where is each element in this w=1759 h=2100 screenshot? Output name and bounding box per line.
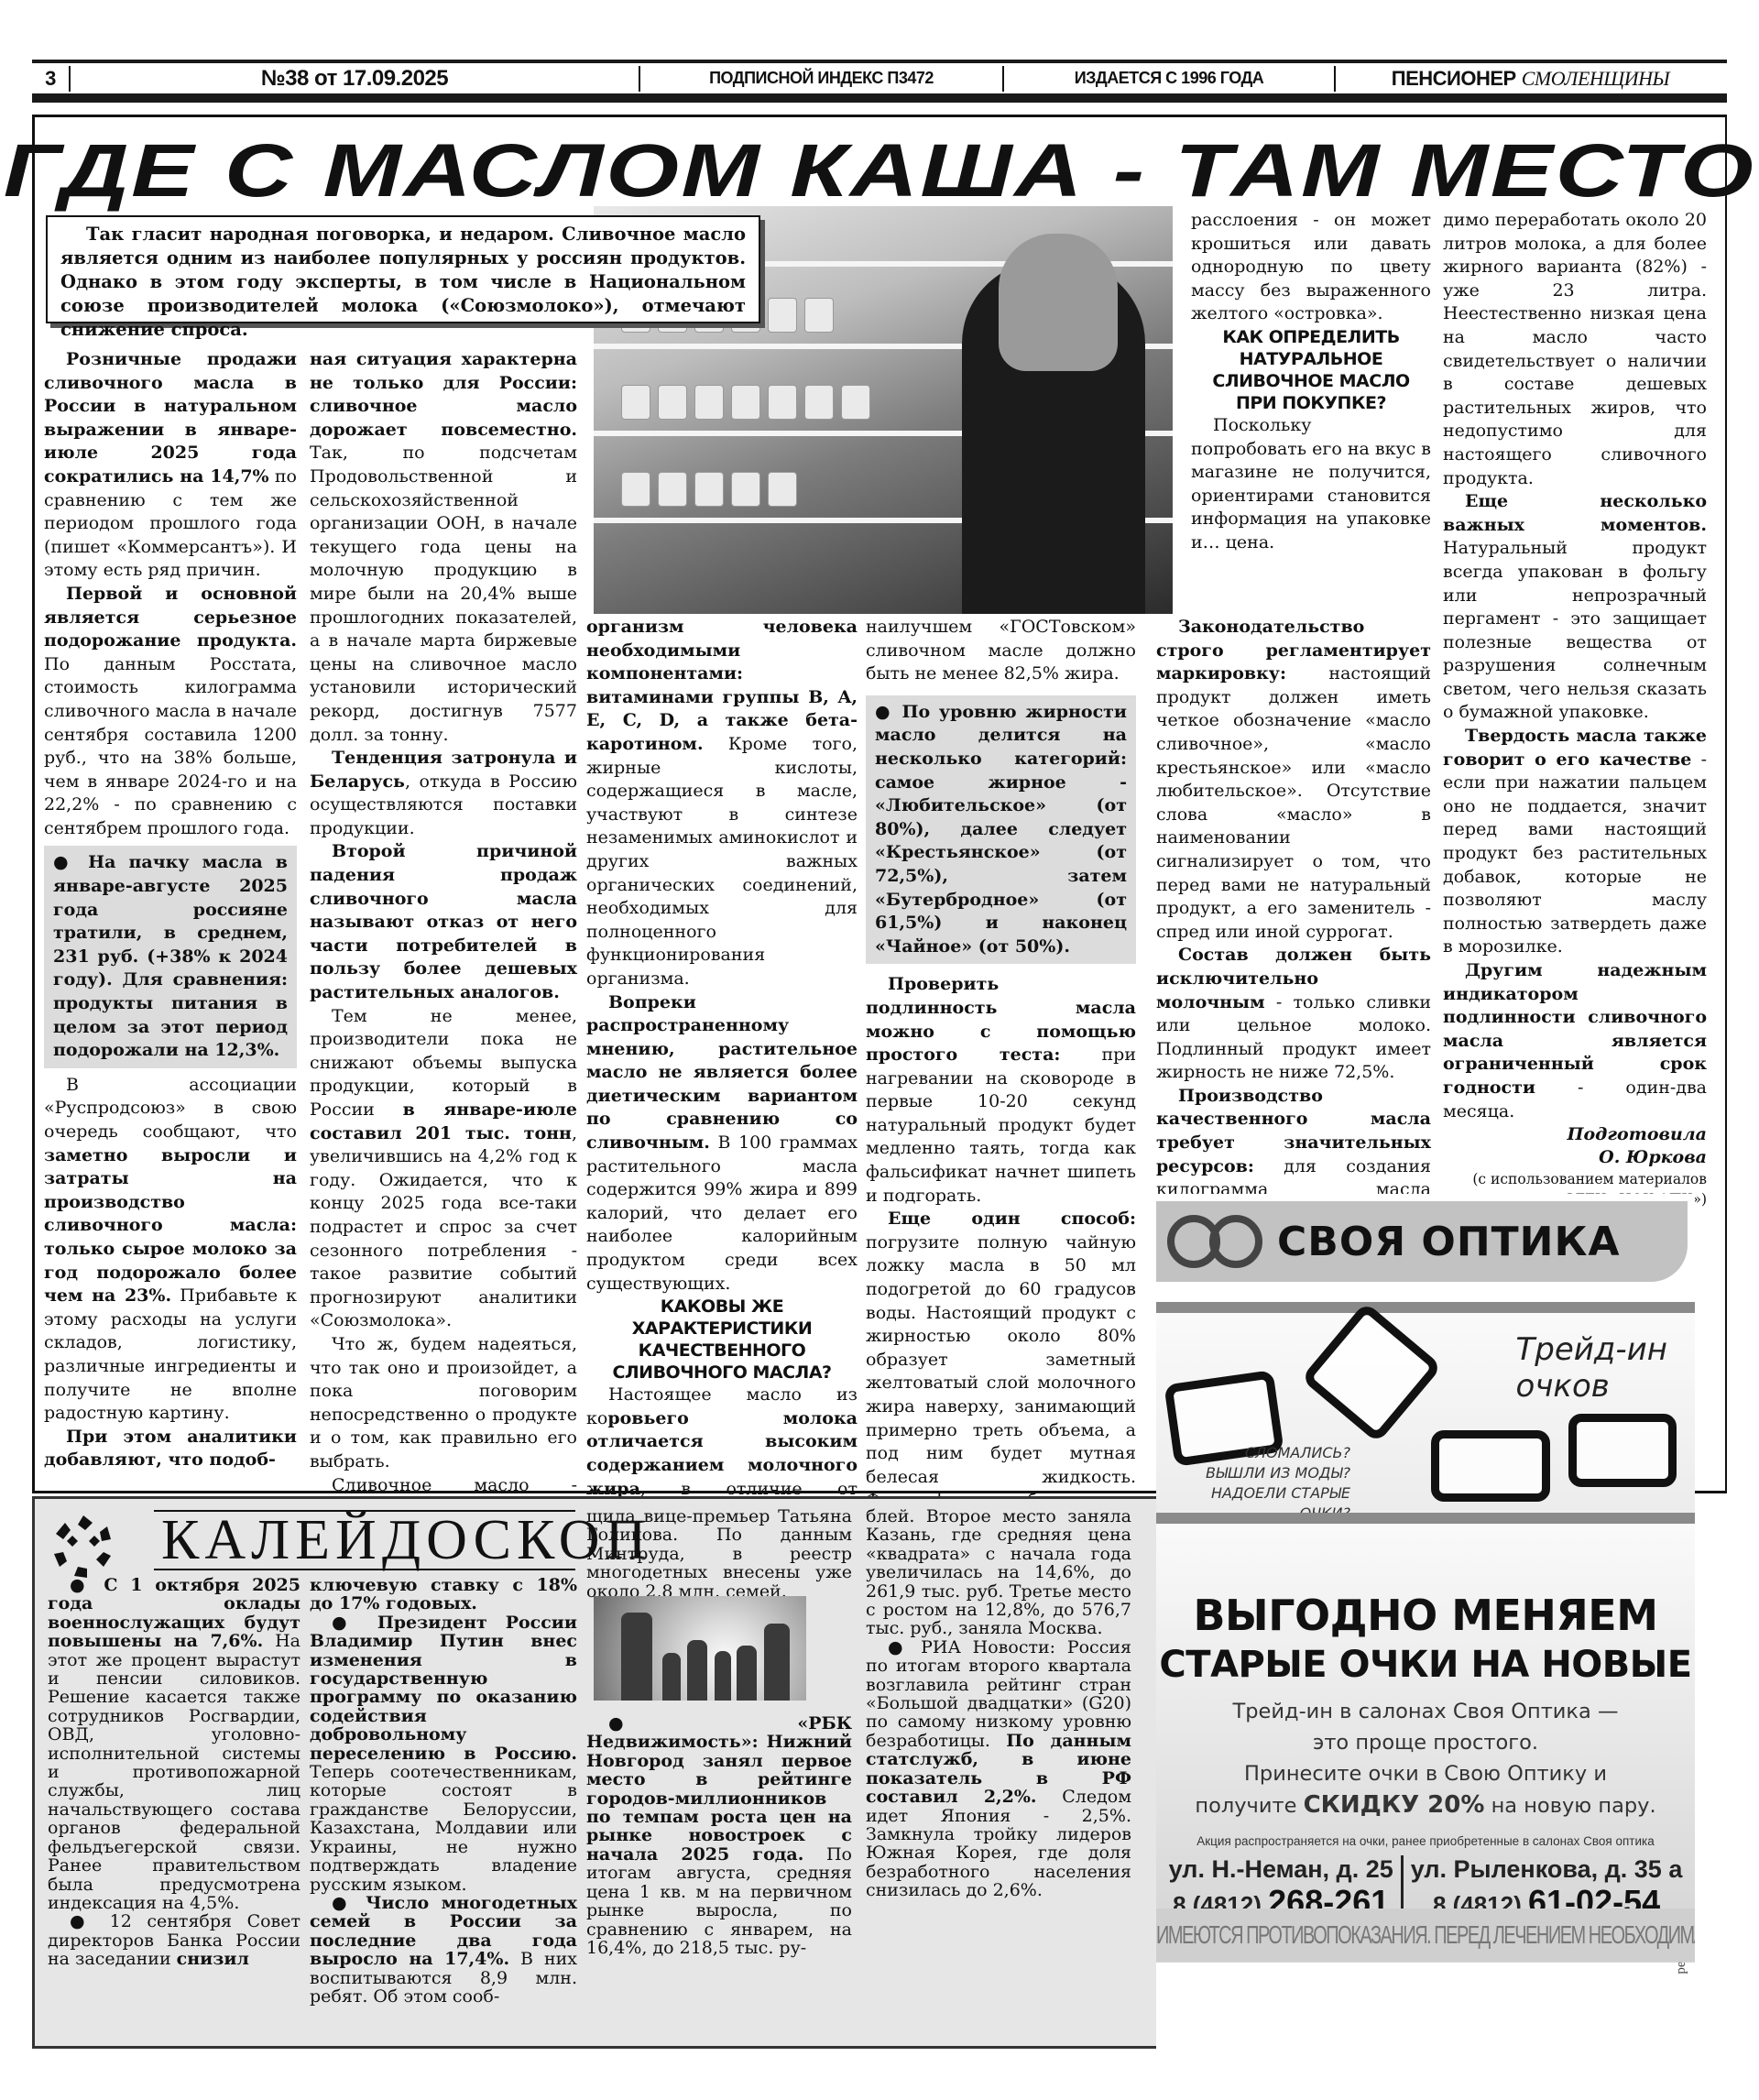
article-column-6: димо переработать около 20 литров молока… xyxy=(1443,209,1707,1209)
family-photo xyxy=(594,1596,806,1701)
subscription-index: ПОДПИСНОЙ ИНДЕКС П3472 xyxy=(640,63,1002,93)
ad-headline-2: СТАРЫЕ ОЧКИ НА НОВЫЕ xyxy=(1156,1641,1695,1689)
article-column-4: наилучшем «ГОСТовском» сливочном масле д… xyxy=(866,616,1136,1537)
page-number: 3 xyxy=(32,63,69,93)
masthead: 3 №38 от 17.09.2025 ПОДПИСНОЙ ИНДЕКС П34… xyxy=(32,60,1727,103)
ad-medical-warning: ИМЕЮТСЯ ПРОТИВОПОКАЗАНИЯ. ПЕРЕД ЛЕЧЕНИЕМ… xyxy=(1156,1909,1695,1963)
kaleidoscope-column-4: блей. Второе место заняла Казань, где ср… xyxy=(866,1507,1131,1900)
brand-main: ПЕНСИОНЕР xyxy=(1392,67,1516,91)
subheading: КАК ОПРЕДЕЛИТЬ НАТУРАЛЬНОЕ СЛИВОЧНОЕ МАС… xyxy=(1191,326,1431,414)
ad-body: Трейд-ин в салонах Своя Оптика — это про… xyxy=(1156,1696,1695,1821)
article-column-1: Розничные продажи сливочного масла в Рос… xyxy=(44,348,297,1472)
published-since: ИЗДАЕТСЯ С 1996 ГОДА xyxy=(1004,63,1334,93)
glasses-icon xyxy=(1568,1414,1677,1487)
kaleidoscope-column-2: ключевую ставку с 18% до 17% годовых. ● … xyxy=(310,1576,577,2006)
author-name: О. Юркова xyxy=(1443,1146,1707,1169)
subheading: КАКОВЫ ЖЕ ХАРАКТЕРИСТИКИ КАЧЕСТВЕННОГО С… xyxy=(586,1296,858,1384)
article-column-2: ная ситуация характерна не только для Ро… xyxy=(310,348,577,1568)
ad-note: Акция распространяется на очки, ранее пр… xyxy=(1156,1834,1695,1848)
advertisement-svoya-optika[interactable]: СВОЯ ОПТИКА Трейд-ин очков СЛОМАЛИСЬ? ВЫ… xyxy=(1156,1194,1695,2088)
ad-headline-1: ВЫГОДНО МЕНЯЕМ xyxy=(1156,1590,1695,1641)
article-column-5-lower: Законодательство строго регламентирует м… xyxy=(1156,616,1431,1225)
fat-categories-box: ● По уровню жирности масло делится на не… xyxy=(866,695,1136,965)
glasses-icon xyxy=(1301,1302,1443,1444)
kaleidoscope-icon xyxy=(50,1514,116,1580)
article-column-3: организм человека необходимыми компонент… xyxy=(586,616,858,1618)
kaleidoscope-column-1: ● С 1 октября 2025 года оклады военнослу… xyxy=(48,1576,300,1969)
ad-brand: СВОЯ ОПТИКА xyxy=(1277,1219,1621,1265)
ad-brand-bar: СВОЯ ОПТИКА xyxy=(1156,1201,1688,1282)
ad-questions: СЛОМАЛИСЬ? ВЫШЛИ ИЗ МОДЫ? НАДОЕЛИ СТАРЫЕ… xyxy=(1156,1443,1350,1524)
ad-trade-in: Трейд-ин очков xyxy=(1516,1331,1667,1405)
fact-box: ● На пачку масла в январе-августе 2025 г… xyxy=(44,846,297,1067)
kaleidoscope-column-3: щила вице-премьер Татьяна Голикова. По д… xyxy=(586,1507,852,1957)
ad-offer: ВЫГОДНО МЕНЯЕМ СТАРЫЕ ОЧКИ НА НОВЫЕ Трей… xyxy=(1156,1524,1695,1909)
optika-logo-icon xyxy=(1167,1215,1262,1268)
article-column-5: расслоения - он может крошиться или дава… xyxy=(1191,209,1431,555)
newspaper-brand: ПЕНСИОНЕР СМОЛЕНЩИНЫ xyxy=(1336,63,1725,93)
brand-sub: СМОЛЕНЩИНЫ xyxy=(1522,67,1669,91)
issue-number: №38 от 17.09.2025 xyxy=(71,63,639,93)
ad-glasses-image: Трейд-ин очков СЛОМАЛИСЬ? ВЫШЛИ ИЗ МОДЫ?… xyxy=(1156,1313,1695,1513)
article-lead: Так гласит народная поговорка, и недаром… xyxy=(46,215,760,323)
kaleidoscope-title: КАЛЕЙДОСКОП xyxy=(154,1510,575,1570)
divider xyxy=(1156,1302,1695,1313)
author-label: Подготовила xyxy=(1443,1123,1707,1146)
divider xyxy=(1156,1513,1695,1524)
glasses-icon xyxy=(1431,1430,1550,1502)
